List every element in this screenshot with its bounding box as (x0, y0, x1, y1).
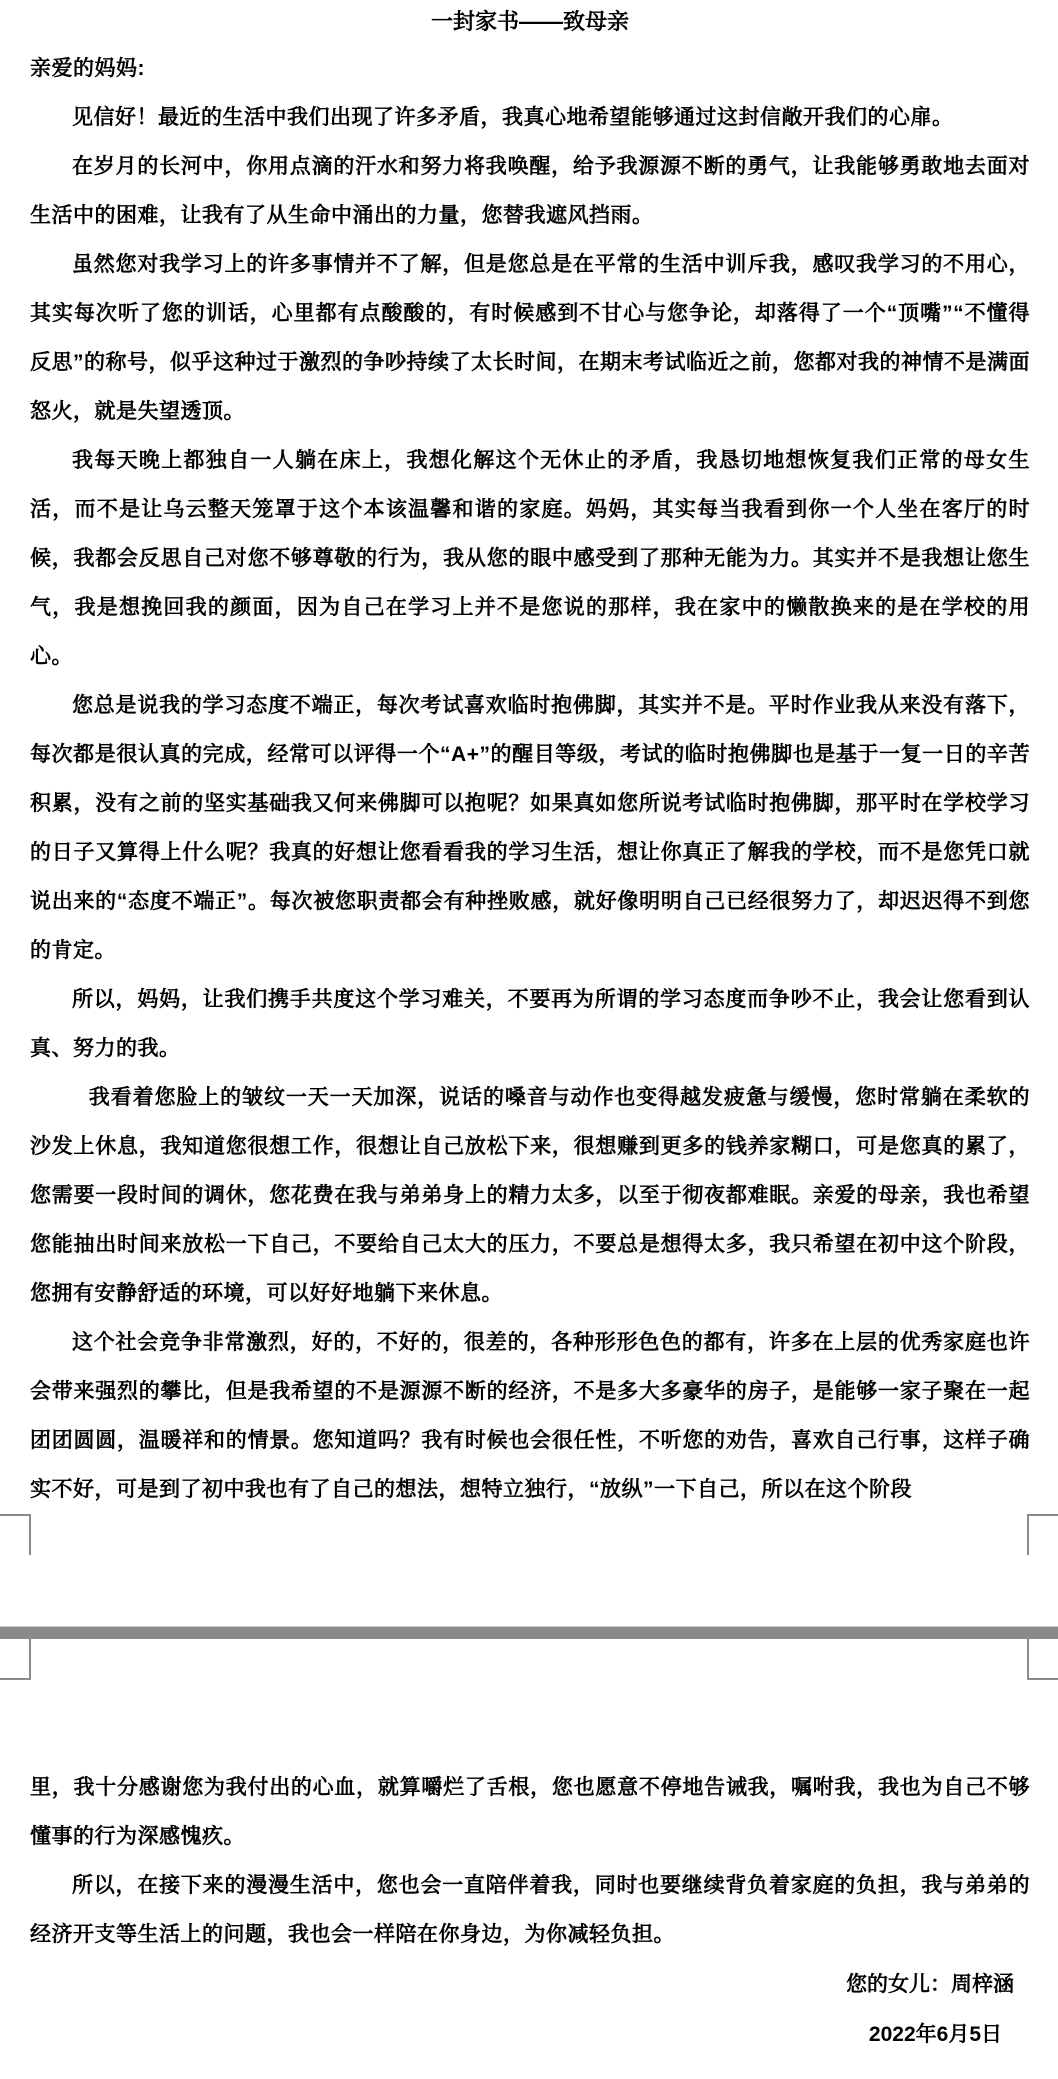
paragraph: 虽然您对我学习上的许多事情并不了解，但是您总是在平常的生活中训斥我，感叹我学习的… (30, 240, 1030, 436)
document-page-1: 一封家书——致母亲 亲爱的妈妈: 见信好！最近的生活中我们出现了许多矛盾，我真心… (0, 0, 1058, 1626)
page-1-text-area: 一封家书——致母亲 亲爱的妈妈: 见信好！最近的生活中我们出现了许多矛盾，我真心… (0, 0, 1058, 1514)
signature-line: 您的女儿：周梓涵 (30, 1959, 1030, 2010)
paragraph: 所以，在接下来的漫漫生活中，您也会一直陪伴着我，同时也要继续背负着家庭的负担，我… (30, 1861, 1030, 1959)
paragraph: 所以，妈妈，让我们携手共度这个学习难关，不要再为所谓的学习态度而争吵不止，我会让… (30, 975, 1030, 1073)
letter-body-page-2: 里，我十分感谢您为我付出的心血，就算嚼烂了舌根，您也愿意不停地告诫我，嘱咐我，我… (30, 1763, 1030, 1959)
paragraph: 我每天晚上都独自一人躺在床上，我想化解这个无休止的矛盾，我恳切地想恢复我们正常的… (30, 436, 1030, 681)
letter-greeting: 亲爱的妈妈: (30, 44, 1030, 93)
date-line: 2022年6月5日 (30, 2010, 1030, 2059)
paragraph: 您总是说我的学习态度不端正，每次考试喜欢临时抱佛脚，其实并不是。平时作业我从来没… (30, 681, 1030, 975)
margin-corner-mark-bottom-left (0, 1514, 31, 1555)
paragraph: 我看着您脸上的皱纹一天一天加深，说话的嗓音与动作也变得越发疲惫与缓慢，您时常躺在… (30, 1073, 1030, 1318)
margin-corner-mark-top-right (1027, 1639, 1058, 1680)
page-break-separator (0, 1626, 1058, 1639)
margin-corner-mark-top-left (0, 1639, 31, 1680)
paragraph: 见信好！最近的生活中我们出现了许多矛盾，我真心地希望能够通过这封信敞开我们的心扉… (30, 93, 1030, 142)
paragraph: 里，我十分感谢您为我付出的心血，就算嚼烂了舌根，您也愿意不停地告诫我，嘱咐我，我… (30, 1763, 1030, 1861)
page-2-text-area: 里，我十分感谢您为我付出的心血，就算嚼烂了舌根，您也愿意不停地告诫我，嘱咐我，我… (0, 1639, 1058, 2059)
document-title: 一封家书——致母亲 (30, 0, 1030, 44)
margin-corner-mark-bottom-right (1027, 1514, 1058, 1555)
signature-block: 您的女儿：周梓涵 2022年6月5日 (30, 1959, 1030, 2059)
paragraph: 这个社会竞争非常激烈，好的，不好的，很差的，各种形形色色的都有，许多在上层的优秀… (30, 1318, 1030, 1514)
document-page-2: 里，我十分感谢您为我付出的心血，就算嚼烂了舌根，您也愿意不停地告诫我，嘱咐我，我… (0, 1639, 1058, 2079)
paragraph: 在岁月的长河中，你用点滴的汗水和努力将我唤醒，给予我源源不断的勇气，让我能够勇敢… (30, 142, 1030, 240)
letter-body-page-1: 见信好！最近的生活中我们出现了许多矛盾，我真心地希望能够通过这封信敞开我们的心扉… (30, 93, 1030, 1514)
